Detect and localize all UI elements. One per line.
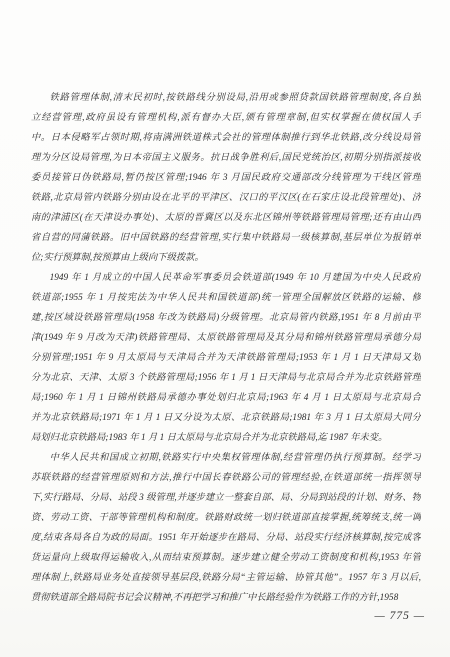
text-line: 建,按区域设铁路管理局(1958 年改为铁路局)分级管理。北京局管内铁路,195… [31,308,421,328]
text-line: 省自营的同蒲铁路。旧中国铁路的经营管理,实行集中铁路局一级核算制,基层单位为报销… [31,228,421,248]
text-line: 理为分区设局管理,为日本帝国主义服务。抗日战争胜利后,国民党统治区,初期分别指派… [31,148,421,168]
text-line: 苏联铁路的经营管理原则和方法,推行中国长春铁路公司的管理经验,在铁道部统一指挥领… [31,468,421,488]
text-line: 位;实行预算制,按预算由上级向下级拨款。 [31,248,421,268]
text-line: 津(1949 年 9 月改为天津)铁路管理局、太原铁路管理局及其分局和锦州铁路管… [31,328,421,348]
text-line: 资、劳动工资、干部等管理机构和制度。铁路财政统一划归铁道部直接掌握,统筹统支,统… [31,508,421,528]
text-line: 并为北京铁路局;1971 年 1 月 1 日又分设为太原、北京铁路局;1981 … [31,408,421,428]
text-line: 理体制上,铁路局业务处直接领导基层段,铁路分局“主管运输、协管其他”。1957 … [31,568,421,588]
text-line: 立经营管理,政府虽设有管理机构,派有督办大臣,颁有管理章制,但实权掌握在债权国人… [31,108,421,128]
text-line: 度,结束各局各自为政的局面。1951 年开始逐步在路局、分局、站段实行经济核算制… [31,528,421,548]
text-line: 铁路管理体制,清末民初时,按铁路线分别设局,沿用或参照贷款国铁路管理制度,各自独 [31,88,421,108]
text-line: 南的津浦区(在天津设办事处)、太原的晋冀区以及东北区锦州等铁路管理局管理;还有由… [31,208,421,228]
text-line: 贯彻铁道部全路局院书记会议精神,不再把学习和推广中长路经验作为铁路工作的方针,1… [31,588,421,608]
text-line: 中。日本侵略军占领时期,将南满洲铁道株式会社的管理体制推行到华北铁路,改分线设局… [31,128,421,148]
text-line: 局划归北京铁路局;1983 年 1 月 1 日太原局与北京局合并为北京铁路局,迄… [31,428,421,448]
scanned-book-page: 铁路管理体制,清末民初时,按铁路线分别设局,沿用或参照贷款国铁路管理制度,各自独… [0,0,450,657]
text-line: 货运量向上级取得运输收入,从而结束预算制。逐步建立健全劳动工资制度和机构,195… [31,548,421,568]
text-line: 铁路,北京局管内铁路分别由设在北平的平津区、汉口的平汉区(在石家庄设北段管理处)… [31,188,421,208]
text-line: 下,实行路局、分局、站段 3 级管理,并逐步建立一整套自部、局、分局到站段的计划… [31,488,421,508]
text-line: 局;1960 年 1 月 1 日锦州铁路局承德办事处划归北京局;1963 年 4… [31,388,421,408]
text-line: 分为北京、天津、太原 3 个铁路管理局;1956 年 1 月 1 日天津局与北京… [31,368,421,388]
text-line: 铁道部;1955 年 1 月按宪法为中华人民共和国铁道部)统一管理全国解放区铁路… [31,288,421,308]
text-line: 委员接管日伪铁路局,暂仍按区管理;1946 年 3 月国民政府交通部改分线管理为… [31,168,421,188]
text-line: 中华人民共和国成立初期,铁路实行中央集权管理体制,经营管理仍执行预算制。经学习 [31,448,421,468]
text-line: 分别管理;1951 年 9 月太原局与天津局合并为天津铁路管理局;1953 年 … [31,348,421,368]
page-number: — 775 — [375,610,425,622]
text-line: 1949 年 1 月成立的中国人民革命军事委员会铁道部(1949 年 10 月建… [31,268,421,288]
text-block: 铁路管理体制,清末民初时,按铁路线分别设局,沿用或参照贷款国铁路管理制度,各自独… [31,88,421,608]
